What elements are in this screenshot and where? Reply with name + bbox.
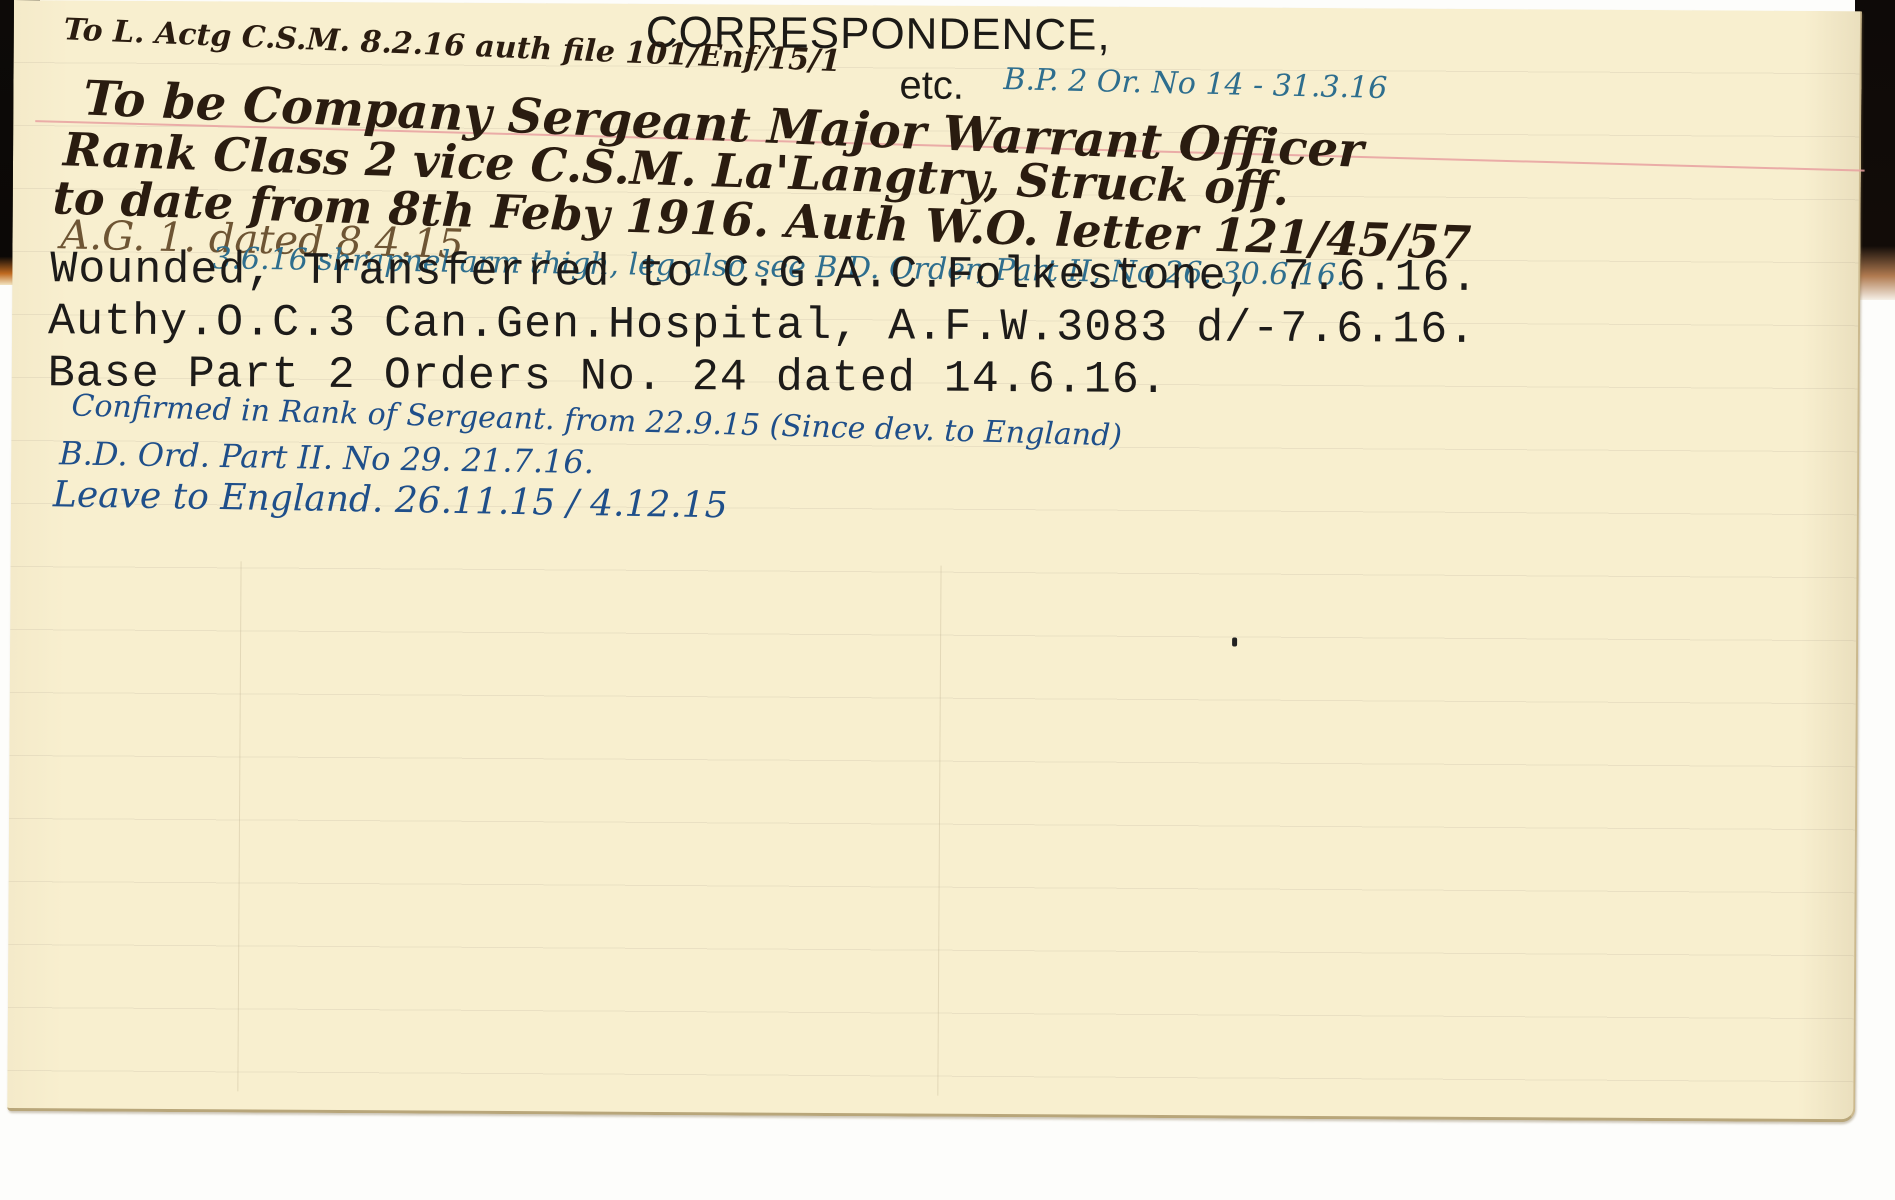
handwritten-line-1-right: B.P. 2 Or. No 14 - 31.3.16 xyxy=(1003,62,1388,106)
faint-column-rule xyxy=(237,561,241,1091)
ink-speck xyxy=(1232,637,1237,646)
card-heading-sub: etc. xyxy=(899,63,964,108)
note-line-2: B.D. Ord. Part II. No 29. 21.7.16. xyxy=(59,434,594,481)
record-card: CORRESPONDENCE, etc. To L. Actg C.S.M. 8… xyxy=(7,0,1862,1122)
typed-line-2: Authy.O.C.3 Can.Gen.Hospital, A.F.W.3083… xyxy=(48,296,1477,356)
typed-line-1: Wounded, Transferred to C.G.A.C.Folkesto… xyxy=(50,244,1479,304)
note-line-3: Leave to England. 26.11.15 / 4.12.15 xyxy=(53,474,728,526)
faint-column-rule xyxy=(937,566,941,1096)
